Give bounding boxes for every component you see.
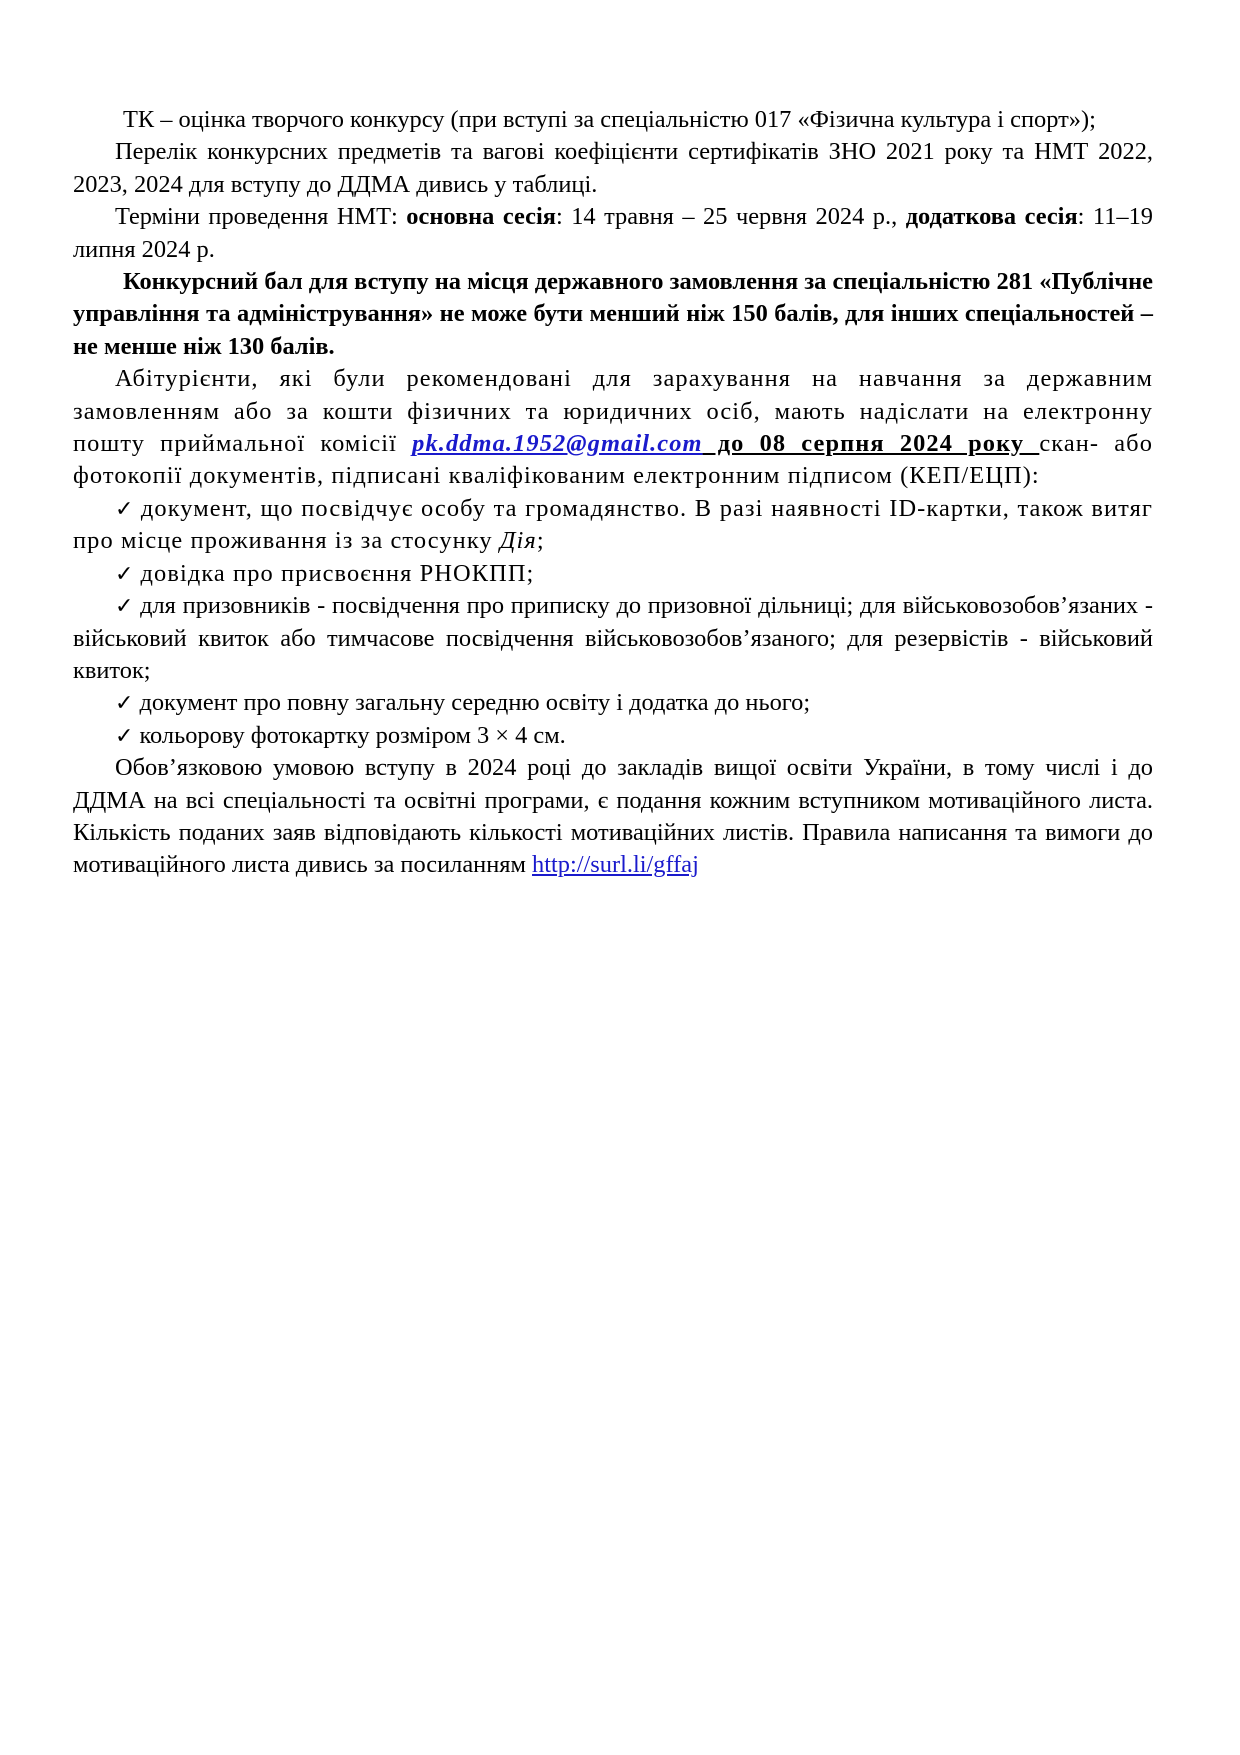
- checkmark-icon: ✓: [115, 593, 134, 618]
- min-score-text: Конкурсний бал для вступу на місця держа…: [73, 268, 1153, 360]
- nmt-dates-prefix: Терміни проведення НМТ:: [115, 203, 406, 230]
- deadline-text: до 08 серпня 2024 року: [703, 430, 1040, 457]
- paragraph-creative-contest: ТК – оцінка творчого конкурсу (при вступ…: [73, 104, 1153, 136]
- document-page: ТК – оцінка творчого конкурсу (при вступ…: [73, 104, 1153, 882]
- creative-contest-text: ТК – оцінка творчого конкурсу (при вступ…: [123, 106, 1096, 133]
- checklist-item-text: документ, що посвідчує особу та громадян…: [73, 495, 1153, 554]
- checklist-item-text: кольорову фотокартку розміром 3 × 4 см.: [139, 722, 565, 749]
- checklist-item-text: документ про повну загальну середню осві…: [139, 689, 810, 716]
- paragraph-subjects-list: Перелік конкурсних предметів та вагові к…: [73, 136, 1153, 201]
- checklist-item-text: для призовників - посвідчення про припис…: [73, 592, 1153, 684]
- checkmark-icon: ✓: [115, 723, 133, 748]
- diia-app-name: Дія: [500, 527, 537, 554]
- extra-session-label: додаткова сесія: [906, 203, 1078, 230]
- main-session-label: основна сесія: [406, 203, 556, 230]
- paragraph-applicants-documents: Абітурієнти, які були рекомендовані для …: [73, 363, 1153, 493]
- paragraph-min-score: Конкурсний бал для вступу на місця держа…: [73, 266, 1153, 363]
- checklist-item-id-document: ✓документ, що посвідчує особу та громадя…: [73, 493, 1153, 558]
- main-session-dates: : 14 травня – 25 червня 2024 р.,: [556, 203, 906, 230]
- motivation-letter-link[interactable]: http://surl.li/gffaj: [532, 851, 699, 878]
- checkmark-icon: ✓: [115, 561, 135, 586]
- checklist-item-end: ;: [537, 527, 545, 554]
- admissions-email-link[interactable]: pk.ddma.1952@gmail.com: [412, 430, 702, 457]
- checklist-item-text: довідка про присвоєння РНОКПП;: [141, 560, 535, 587]
- checklist-item-education-document: ✓документ про повну загальну середню осв…: [73, 687, 1153, 719]
- checkmark-icon: ✓: [115, 496, 135, 521]
- paragraph-nmt-dates: Терміни проведення НМТ: основна сесія: 1…: [73, 201, 1153, 266]
- checklist-item-rnokpp: ✓довідка про присвоєння РНОКПП;: [73, 558, 1153, 590]
- checkmark-icon: ✓: [115, 690, 133, 715]
- paragraph-motivation-letter: Обов’язковою умовою вступу в 2024 році д…: [73, 752, 1153, 882]
- documents-checklist: ✓документ, що посвідчує особу та громадя…: [73, 493, 1153, 752]
- checklist-item-military: ✓для призовників - посвідчення про припи…: [73, 590, 1153, 687]
- subjects-list-text: Перелік конкурсних предметів та вагові к…: [73, 138, 1153, 197]
- checklist-item-photo: ✓кольорову фотокартку розміром 3 × 4 см.: [73, 720, 1153, 752]
